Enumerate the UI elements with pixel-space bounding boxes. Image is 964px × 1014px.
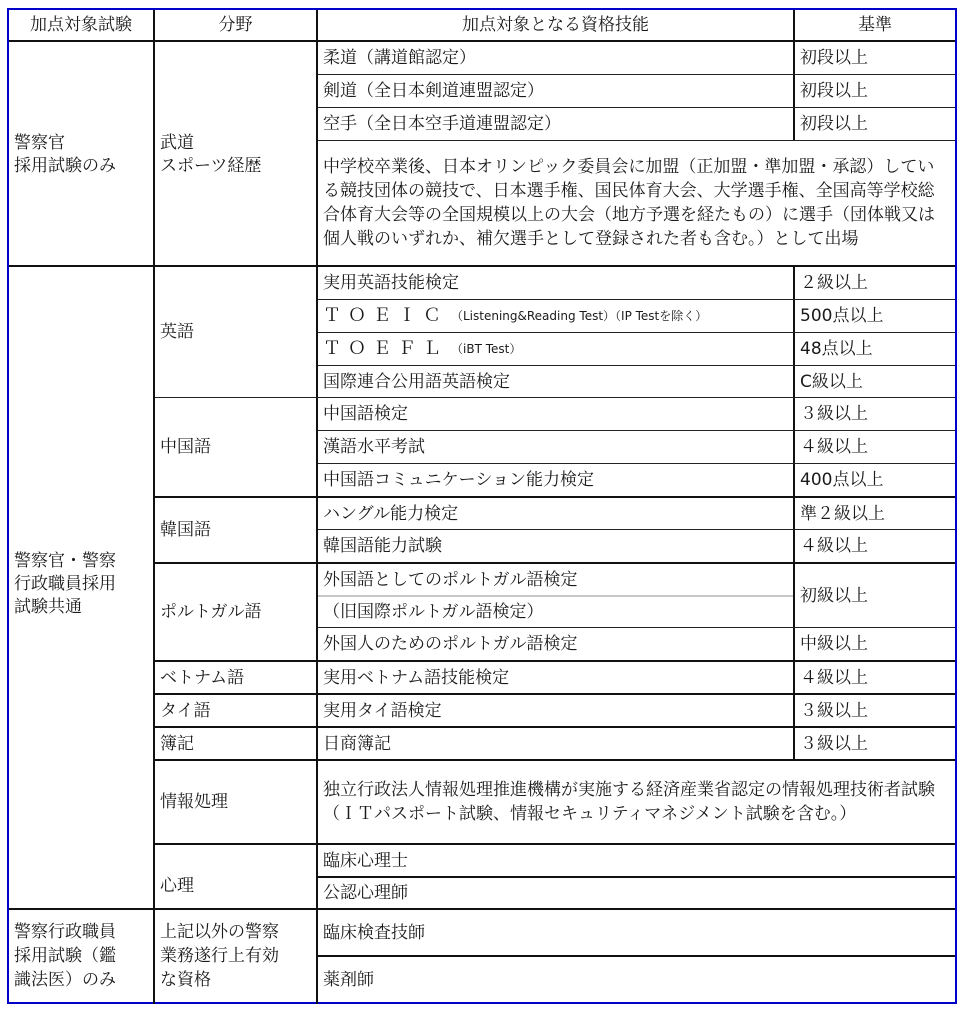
qual-eiken: 実用英語技能検定	[318, 267, 793, 299]
qual-judo: 柔道（講道館認定）	[318, 41, 793, 74]
qual-sports-career: 中学校卒業後、日本オリンピック委員会に加盟（正加盟・準加盟・承認）している競技団…	[318, 141, 955, 265]
exam-common: 警察官・警察 行政職員採用 試験共通	[9, 267, 153, 907]
field-portuguese: ポルトガル語	[155, 564, 316, 660]
qual-toeic-main: ＴＯＥＩＣ	[323, 305, 448, 327]
field-other-qualifications: 上記以外の警察 業務遂行上有効 な資格	[155, 910, 316, 1002]
header-exam: 加点対象試験	[9, 10, 153, 40]
qual-bookkeeping: 日商簿記	[318, 728, 793, 759]
qual-chinese-test: 中国語検定	[318, 398, 793, 430]
header-qualification: 加点対象となる資格技能	[318, 10, 793, 40]
qual-hsk: 漢語水平考試	[318, 431, 793, 463]
qual-it: 独立行政法人情報処理推進機構が実施する経済産業省認定の情報処理技術者試験（ＩＴパ…	[318, 761, 955, 843]
qual-topik: 韓国語能力試験	[318, 530, 793, 562]
crit-toefl: 48点以上	[795, 333, 955, 365]
qual-kendo: 剣道（全日本剣道連盟認定）	[318, 74, 793, 107]
field-it: 情報処理	[155, 761, 316, 843]
crit-thai: ３級以上	[795, 695, 955, 726]
crit-un-english: C級以上	[795, 366, 955, 397]
crit-judo: 初段以上	[795, 41, 955, 74]
field-chinese: 中国語	[155, 398, 316, 496]
qualification-points-table: 加点対象試験 分野 加点対象となる資格技能 基準 警察官 採用試験のみ 武道 ス…	[7, 8, 957, 1004]
crit-hangul: 準２級以上	[795, 498, 955, 529]
qual-vietnamese: 実用ベトナム語技能検定	[318, 662, 793, 693]
qual-portuguese-for-foreigners: 外国人のためのポルトガル語検定	[318, 628, 793, 660]
crit-portuguese-foreign: 初級以上	[795, 564, 955, 627]
qual-clinical-psychologist: 臨床心理士	[318, 845, 955, 876]
field-english: 英語	[155, 267, 316, 397]
field-martial-arts-sports: 武道 スポーツ経歴	[155, 42, 316, 265]
qual-karate: 空手（全日本空手道連盟認定）	[318, 107, 793, 140]
field-thai: タイ語	[155, 695, 316, 726]
crit-portuguese-for-foreigners: 中級以上	[795, 628, 955, 660]
header-criteria: 基準	[795, 10, 955, 40]
qual-toeic-sub: （Listening&Reading Test）（IP Testを除く）	[451, 305, 707, 327]
field-vietnamese: ベトナム語	[155, 662, 316, 693]
qual-toeic: ＴＯＥＩＣ （Listening&Reading Test）（IP Testを除…	[318, 300, 793, 332]
crit-hsk: ４級以上	[795, 431, 955, 463]
crit-eiken: ２級以上	[795, 267, 955, 299]
field-bookkeeping: 簿記	[155, 728, 316, 759]
field-korean: 韓国語	[155, 498, 316, 562]
exam-admin-forensic: 警察行政職員 採用試験（鑑 識法医）のみ	[9, 910, 153, 1002]
crit-vietnamese: ４級以上	[795, 662, 955, 693]
crit-bookkeeping: ３級以上	[795, 728, 955, 759]
crit-kendo: 初段以上	[795, 74, 955, 107]
qual-certified-psychologist: 公認心理師	[318, 878, 955, 908]
crit-toeic: 500点以上	[795, 300, 955, 332]
qual-chinese-comm: 中国語コミュニケーション能力検定	[318, 464, 793, 496]
crit-karate: 初段以上	[795, 107, 955, 140]
crit-chinese-test: ３級以上	[795, 398, 955, 430]
qual-thai: 実用タイ語検定	[318, 695, 793, 726]
qual-toefl-main: ＴＯＥＦＬ	[323, 338, 448, 360]
qual-toefl: ＴＯＥＦＬ （iBT Test）	[318, 333, 793, 365]
qual-portuguese-former: （旧国際ポルトガル語検定）	[318, 597, 793, 627]
qual-toefl-sub: （iBT Test）	[451, 338, 521, 360]
qual-medical-technologist: 臨床検査技師	[318, 910, 955, 955]
exam-police-only: 警察官 採用試験のみ	[9, 42, 153, 265]
qual-pharmacist: 薬剤師	[318, 957, 955, 1002]
qual-un-english: 国際連合公用語英語検定	[318, 366, 793, 397]
field-psychology: 心理	[155, 845, 316, 907]
header-field: 分野	[155, 10, 316, 40]
qual-hangul: ハングル能力検定	[318, 498, 793, 529]
qual-portuguese-foreign: 外国語としてのポルトガル語検定	[318, 564, 793, 595]
crit-chinese-comm: 400点以上	[795, 464, 955, 496]
crit-topik: ４級以上	[795, 530, 955, 562]
